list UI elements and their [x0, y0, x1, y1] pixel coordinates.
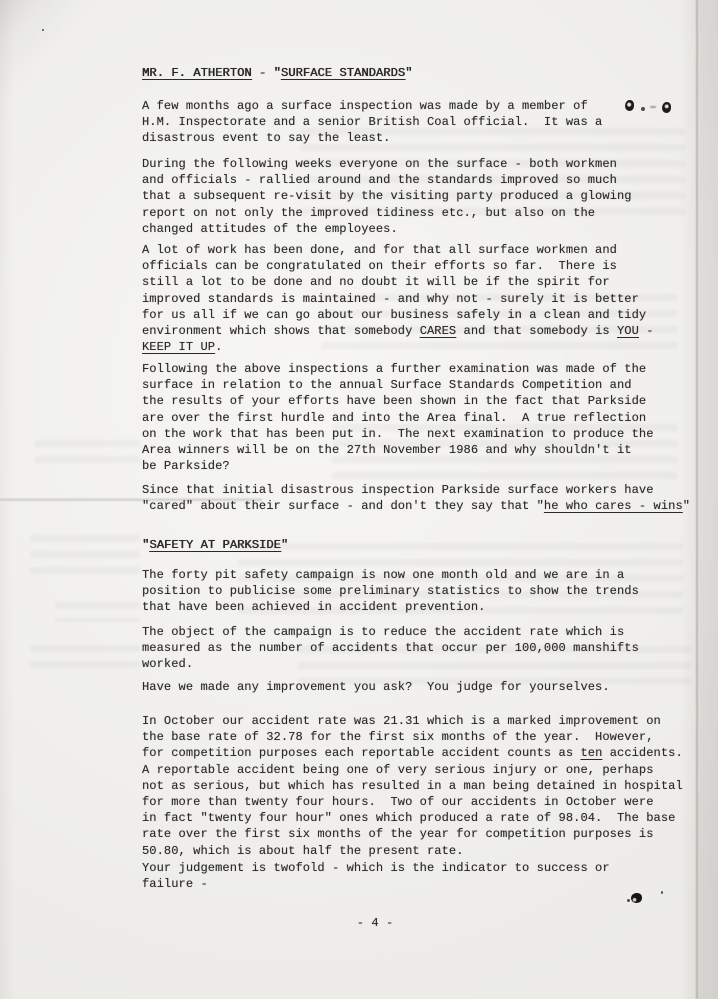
- ink-speck: [42, 29, 44, 31]
- ink-speck: [661, 891, 663, 894]
- ink-blot: [631, 893, 642, 903]
- ink-blot: [662, 102, 671, 113]
- paragraph: The forty pit safety campaign is now one…: [142, 567, 639, 616]
- bleedthrough-smudge: [30, 645, 140, 677]
- paragraph: Your judgement is twofold - which is the…: [142, 860, 610, 892]
- page-edge-shadow: [696, 0, 698, 999]
- page-number: - 4 -: [142, 915, 608, 931]
- ink-speck: [641, 107, 645, 111]
- ink-blot: [625, 100, 634, 111]
- paragraph: In October our accident rate was 21.31 w…: [142, 713, 683, 859]
- ink-smear: [650, 106, 656, 108]
- bleedthrough-smudge: [35, 440, 140, 470]
- paragraph: A few months ago a surface inspection wa…: [142, 98, 602, 147]
- section-heading-safety-at-parkside: "SAFETY AT PARKSIDE": [142, 537, 288, 553]
- paper-crease-top-left: [0, 0, 150, 150]
- bleedthrough-smudge: [30, 535, 140, 577]
- paragraph: A lot of work has been done, and for tha…: [142, 242, 654, 355]
- paragraph: Since that initial disastrous inspection…: [142, 482, 690, 514]
- paragraph: During the following weeks everyone on t…: [142, 156, 632, 237]
- paragraph: Have we made any improvement you ask? Yo…: [142, 679, 610, 695]
- paragraph: Following the above inspections a furthe…: [142, 361, 654, 474]
- ink-speck: [627, 899, 630, 902]
- bleedthrough-smudge: [55, 602, 140, 622]
- section-heading-surface-standards: MR. F. ATHERTON - "SURFACE STANDARDS": [142, 65, 412, 81]
- scanned-document-page: MR. F. ATHERTON - "SURFACE STANDARDS" A …: [0, 0, 718, 999]
- paragraph: The object of the campaign is to reduce …: [142, 624, 639, 673]
